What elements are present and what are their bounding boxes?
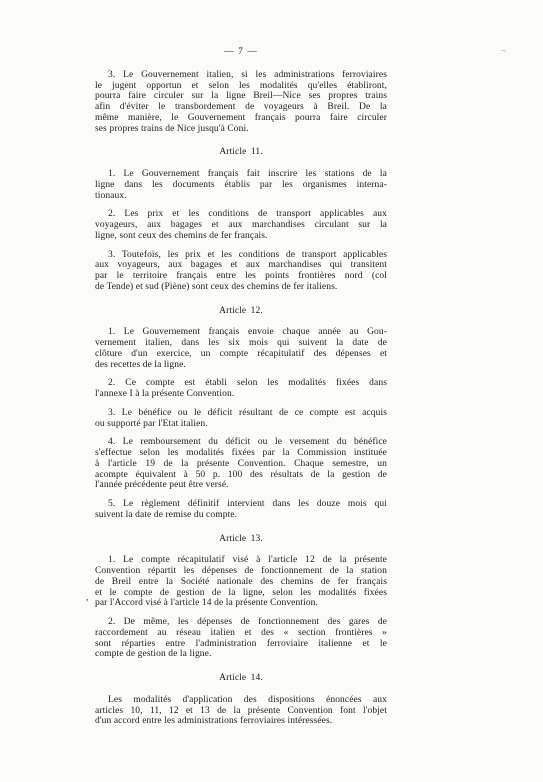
text-line: l'année précédente peut être versé. xyxy=(95,480,387,491)
text-line: pourra faire circuler sur la ligne Breil… xyxy=(95,91,387,102)
text-line: même manière, le Gouvernement français p… xyxy=(95,113,387,124)
text-line: vernement italien, dans les six mois qui… xyxy=(95,338,387,349)
text-line: de Breil entre la Société nationale des … xyxy=(95,577,387,588)
text-line: par le territoire français entre les poi… xyxy=(95,271,387,282)
paragraph: 2. De même, les dépenses de fonctionneme… xyxy=(95,617,387,660)
text-line: sont réparties entre l'administration fe… xyxy=(95,639,387,650)
text-line: 1. Le compte récapitulatif visé à l'arti… xyxy=(95,555,387,566)
text-line: 2. De même, les dépenses de fonctionneme… xyxy=(95,617,387,628)
paragraph: 4. Le remboursement du déficit ou le ver… xyxy=(95,437,387,491)
article-heading: Article 13. xyxy=(95,534,387,545)
paragraph: 2. Les prix et les conditions de transpo… xyxy=(95,209,387,241)
text-line: afin d'éviter le transbordement de voyag… xyxy=(95,102,387,113)
text-line: 1. Le Gouvernement français envoie chaqu… xyxy=(95,327,387,338)
scanned-document-page: — 7 — 3. Le Gouvernement italien, si les… xyxy=(0,0,543,782)
article-heading: Article 14. xyxy=(95,673,387,684)
text-line: 3. Le Gouvernement italien, si les admin… xyxy=(95,70,387,81)
text-line: tionaux. xyxy=(95,191,387,202)
paragraph: 3. Le Gouvernement italien, si les admin… xyxy=(95,70,387,135)
text-line: 3. Le bénéfice ou le déficit résultant d… xyxy=(95,408,387,419)
text-line: des recettes de la ligne. xyxy=(95,360,387,371)
text-line: 2. Ce compte est établi selon les modali… xyxy=(95,378,387,389)
text-line: 3. Toutefois, les prix et les conditions… xyxy=(95,250,387,261)
text-line: et le compte de gestion de la ligne, sel… xyxy=(95,588,387,599)
scan-artifact-top-right: ¬ xyxy=(501,49,506,55)
text-line: ses propres trains de Nice jusqu'à Coni. xyxy=(95,124,387,135)
text-line: suivent la date de remise du compte. xyxy=(95,510,387,521)
text-line: s'effectue selon les modalités fixées pa… xyxy=(95,448,387,459)
paragraph: Les modalités d'application des disposit… xyxy=(95,695,387,727)
text-line: à l'article 19 de la présente Convention… xyxy=(95,459,387,470)
paragraph: 1. Le Gouvernement français envoie chaqu… xyxy=(95,327,387,370)
paragraph: 1. Le compte récapitulatif visé à l'arti… xyxy=(95,555,387,609)
text-line: voyageurs, aux bagages et aux marchandis… xyxy=(95,220,387,231)
text-line: clôture d'un exercice, un compte récapit… xyxy=(95,349,387,360)
text-line: ligne, sont ceux des chemins de fer fran… xyxy=(95,231,387,242)
text-line: acompte équivalent à 50 p. 100 des résul… xyxy=(95,470,387,481)
article-heading: Article 12. xyxy=(95,306,387,317)
article-heading: Article 11. xyxy=(95,147,387,158)
paragraph: 1. Le Gouvernement français fait inscrir… xyxy=(95,169,387,201)
text-line: raccordement au réseau italien et des « … xyxy=(95,628,387,639)
text-column: — 7 — 3. Le Gouvernement italien, si les… xyxy=(95,47,387,735)
text-line: ou supporté par l'Etat italien. xyxy=(95,419,387,430)
text-line: 5. Le règlement définitif intervient dan… xyxy=(95,499,387,510)
text-line: le jugent opportun et selon les modalité… xyxy=(95,81,387,92)
text-line: compte de gestion de la ligne. xyxy=(95,649,387,660)
text-line: ligne dans les documents établis par les… xyxy=(95,180,387,191)
text-line: par l'Accord visé à l'article 14 de la p… xyxy=(95,598,387,609)
page-number: — 7 — xyxy=(95,47,387,58)
text-line: 4. Le remboursement du déficit ou le ver… xyxy=(95,437,387,448)
text-line: 2. Les prix et les conditions de transpo… xyxy=(95,209,387,220)
paragraph: 2. Ce compte est établi selon les modali… xyxy=(95,378,387,400)
text-line: Convention répartit les dépenses de fonc… xyxy=(95,566,387,577)
paragraph: 3. Toutefois, les prix et les conditions… xyxy=(95,250,387,293)
scan-artifact-left-margin: , xyxy=(86,593,88,604)
text-line: de Tende) et sud (Piène) sont ceux des c… xyxy=(95,282,387,293)
text-line: d'un accord entre les administrations fe… xyxy=(95,716,387,727)
paragraph: 5. Le règlement définitif intervient dan… xyxy=(95,499,387,521)
text-line: aux voyageurs, aux bagages et aux marcha… xyxy=(95,260,387,271)
text-line: articles 10, 11, 12 et 13 de la présente… xyxy=(95,706,387,717)
text-line: l'annexe I à la présente Convention. xyxy=(95,389,387,400)
paragraph: 3. Le bénéfice ou le déficit résultant d… xyxy=(95,408,387,430)
text-line: 1. Le Gouvernement français fait inscrir… xyxy=(95,169,387,180)
text-line: Les modalités d'application des disposit… xyxy=(95,695,387,706)
